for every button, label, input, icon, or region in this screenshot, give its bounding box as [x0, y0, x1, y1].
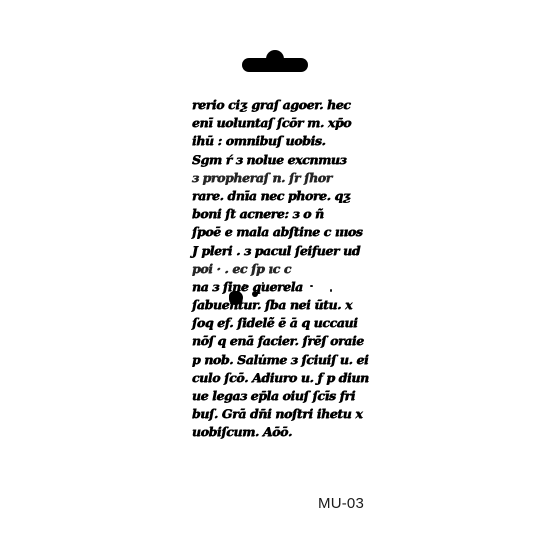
- manuscript-line: na ɜ ſine querela: [192, 278, 362, 296]
- stencil-sheet: rerio ciƺ graſ agoer. hec enī uoluntaſ ſ…: [0, 0, 550, 550]
- manuscript-line: ſpoē e mala abſtine c ıııos: [192, 223, 362, 241]
- manuscript-line: culo ſcō. Adiuro u. ƒ p diun: [192, 369, 362, 387]
- manuscript-line: ɜ propheraſ n. ſr ſhor: [192, 169, 362, 187]
- ink-speck: [330, 289, 332, 292]
- manuscript-text-block: rerio ciƺ graſ agoer. hec enī uoluntaſ ſ…: [192, 96, 362, 442]
- manuscript-line: rerio ciƺ graſ agoer. hec: [192, 96, 362, 114]
- manuscript-line: p nob. Salu̇me ɜ ſciuiſ u. ei: [192, 351, 362, 369]
- hang-slot-icon: [242, 58, 308, 72]
- manuscript-line: poi · . ec ſp ıc c: [192, 260, 362, 278]
- manuscript-line: J pleri . ɜ pacul ſeifuer ud: [192, 242, 362, 260]
- ink-speck: [262, 282, 264, 284]
- product-code-label: MU-03: [318, 495, 364, 512]
- manuscript-line: ſoq ef. ſidelẽ ē ā q uccaui: [192, 314, 362, 332]
- ink-speck: [243, 284, 246, 287]
- manuscript-line: boni ſt acnere: ɜ o ñ: [192, 205, 362, 223]
- manuscript-line: nōſ q enā facier. ſrēſ oraie: [192, 332, 362, 350]
- ink-speck: [310, 285, 313, 287]
- ink-dot: [252, 291, 258, 297]
- manuscript-line: ue legaɜ ep̄la oiuſ ſcīs fri: [192, 387, 362, 405]
- manuscript-line: enī uoluntaſ ſcōr m. xp̄o: [192, 114, 362, 132]
- manuscript-line: Sgm ŕ ɜ nolue excnmuɜ: [192, 151, 362, 169]
- manuscript-line: buſ. Grā dn̄i noſtri ihetu x: [192, 405, 362, 423]
- manuscript-line: uobiſcum. Aōō.: [192, 423, 362, 441]
- manuscript-line: ſabuentur. ſba nei ūtu. x: [192, 296, 362, 314]
- manuscript-line: ihū : omnibuſ uobis.: [192, 132, 362, 150]
- manuscript-line: rare. dnīa nec phore. qƺ: [192, 187, 362, 205]
- ink-speck: [275, 287, 277, 289]
